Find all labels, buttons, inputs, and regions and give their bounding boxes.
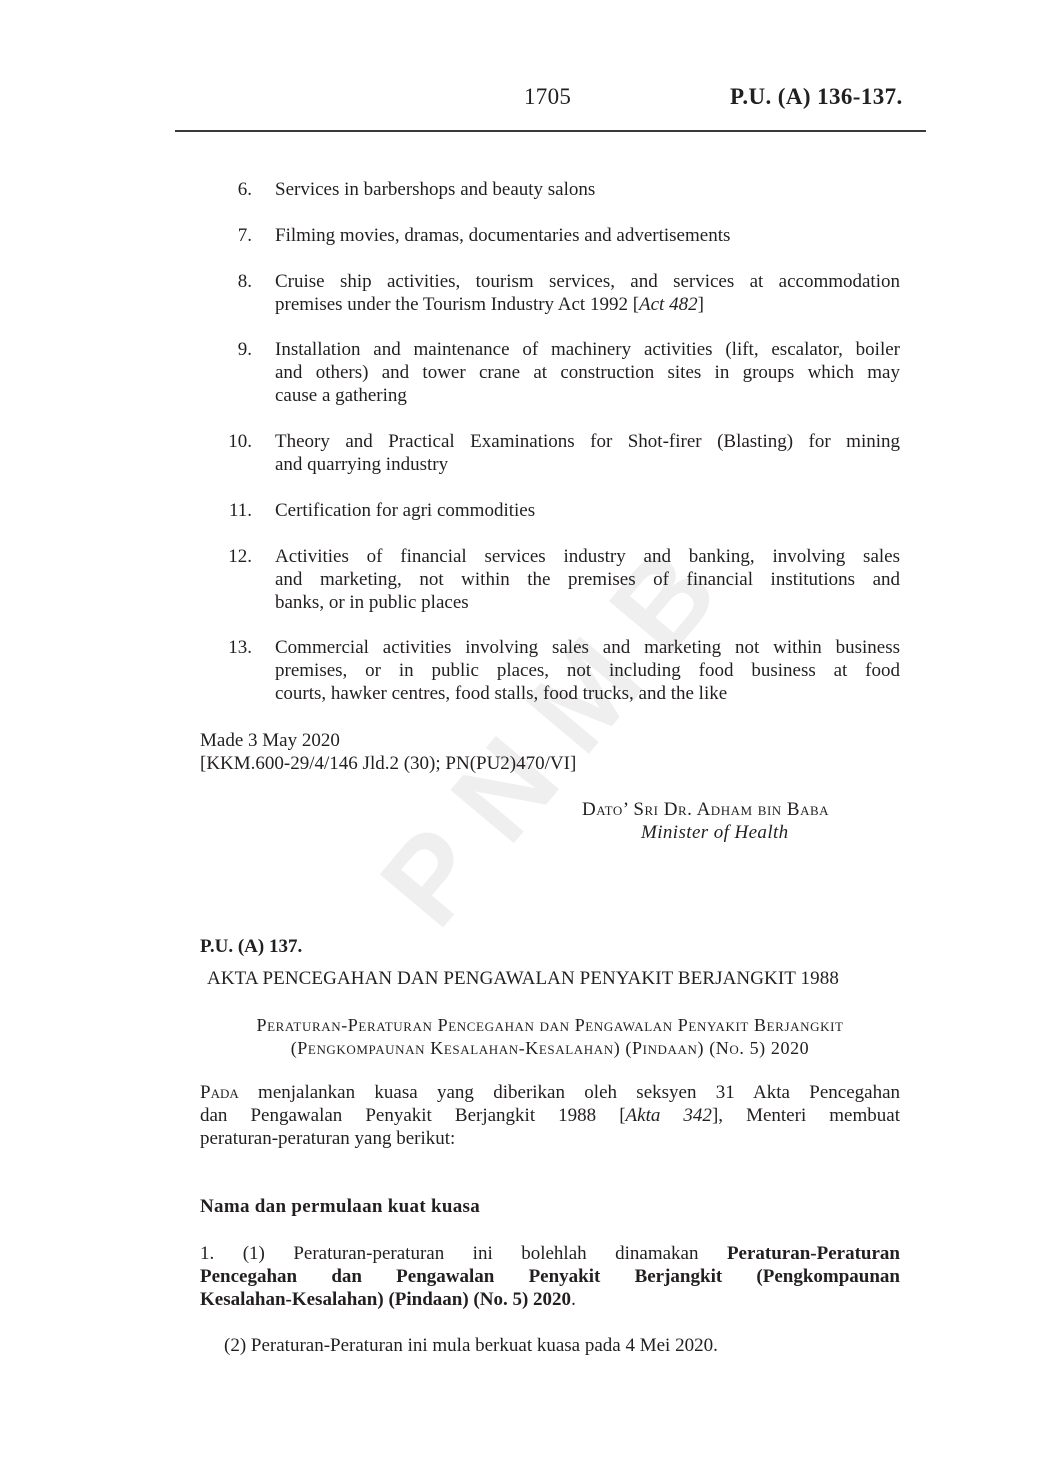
act-title: AKTA PENCEGAHAN DAN PENGAWALAN PENYAKIT … bbox=[207, 968, 839, 990]
instrument-reference: P.U. (A) 137. bbox=[200, 936, 302, 958]
clause-2: (2) Peraturan-Peraturan ini mula berkuat… bbox=[224, 1334, 718, 1357]
preamble: Pada menjalankan kuasa yang diberikan ol… bbox=[200, 1081, 900, 1150]
signatory-title: Minister of Health bbox=[641, 822, 789, 844]
file-reference: [KKM.600-29/4/146 Jld.2 (30); PN(PU2)470… bbox=[200, 752, 576, 775]
clause-1: 1. (1) Peraturan-peraturan ini bolehlah … bbox=[200, 1242, 900, 1311]
signatory-name: Dato’ Sri Dr. Adham bin Baba bbox=[582, 799, 829, 821]
regulation-title: Peraturan-Peraturan Pencegahan dan Penga… bbox=[200, 1014, 900, 1060]
act-citation: Akta 342 bbox=[626, 1105, 712, 1126]
page-number: 1705 bbox=[524, 84, 571, 110]
header-rule bbox=[175, 130, 926, 132]
made-date: Made 3 May 2020 bbox=[200, 729, 340, 752]
act-citation: Act 482 bbox=[639, 294, 698, 315]
gazette-reference: P.U. (A) 136-137. bbox=[730, 84, 903, 110]
document-page: PNMB 1705 P.U. (A) 136-137. 6. Services … bbox=[0, 0, 1039, 1477]
section-heading: Nama dan permulaan kuat kuasa bbox=[200, 1196, 480, 1218]
